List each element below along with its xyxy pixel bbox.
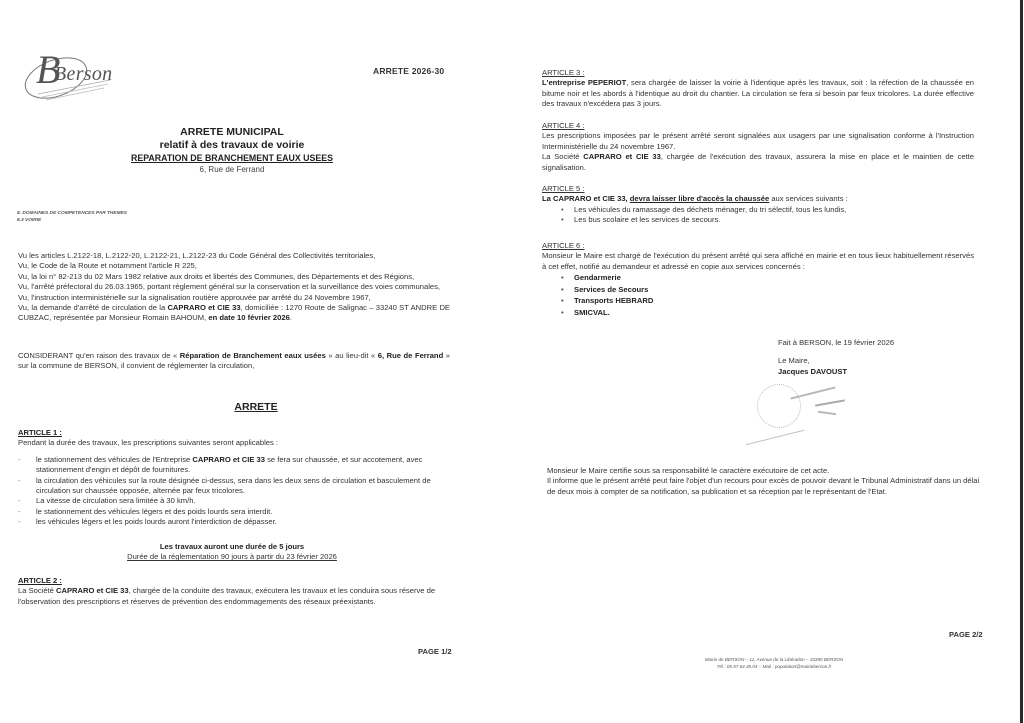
signer-role: Le Maire, [778,356,928,366]
article-4: ARTICLE 4 : Les prescriptions imposées p… [542,121,974,173]
article-3-text: L'entreprise PEPERIOT, sera chargée de l… [542,78,974,109]
list-item: les véhicules légers et les poids lourds… [18,517,456,527]
article-2-text: La Société CAPRARO et CIE 33, chargée de… [18,586,478,607]
signature-block: Fait à BERSON, le 19 février 2026 Le Mai… [778,338,928,377]
article-4-p2: La Société CAPRARO et CIE 33, chargée de… [542,152,974,173]
vu-line: Vu, l'instruction interministérielle sur… [18,293,450,303]
article-5: ARTICLE 5 : La CAPRARO et CIE 33, devra … [542,184,974,226]
article-5-text: La CAPRARO et CIE 33, devra laisser libr… [542,194,974,204]
arrete-heading: ARRETE [0,401,512,413]
list-item: SMICVAL. [542,307,974,319]
certification-line-2: Il informe que le présent arrêté peut fa… [547,476,987,497]
article-6: ARTICLE 6 : Monsieur le Maire est chargé… [542,241,974,318]
title-block: ARRETE MUNICIPAL relatif à des travaux d… [100,126,364,175]
footer-contact: Tél : 05.57.64.35.04 – Mail : population… [694,663,854,670]
article-1-intro: Pendant la durée des travaux, les prescr… [18,438,478,448]
page-1: B Berson ARRETE 2026-30 ARRETE MUNICIPAL… [0,0,512,723]
certification-line-1: Monsieur le Maire certifie sous sa respo… [547,466,987,476]
article-1-list: le stationnement des véhicules de l'Entr… [18,455,478,528]
article-2: ARTICLE 2 : La Société CAPRARO et CIE 33… [18,576,478,607]
article-3-heading: ARTICLE 3 : [542,68,974,78]
vu-line: Vu, la loi n° 82-213 du 02 Mars 1982 rel… [18,272,450,282]
domain-line-1: 8. DOMAINES DE COMPETENCES PAR THEMES [17,210,127,217]
considerant: CONSIDERANT qu'en raison des travaux de … [18,351,450,372]
article-6-list: Gendarmerie Services de Secours Transpor… [542,272,974,318]
vu-line: Vu, la demande d'arrêté de circulation d… [18,303,450,324]
article-5-heading: ARTICLE 5 : [542,184,974,194]
vu-line: Vu, le Code de la Route et notamment l'a… [18,261,450,271]
list-item: Services de Secours [542,284,974,296]
article-4-p1: Les prescriptions imposées par le présen… [542,131,974,152]
list-item: le stationnement des véhicules légers et… [18,507,456,517]
vu-section: Vu les articles L.2122-18, L.2122-20, L.… [18,251,450,324]
mairie-footer: Mairie de BERSON – 11, Avenue de la Libé… [694,656,854,670]
signer-name: Jacques DAVOUST [778,367,928,377]
article-5-list: Les véhicules du ramassage des déchets m… [542,205,974,226]
list-item: Transports HEBRARD [542,295,974,307]
list-item: la circulation des véhicules sur la rout… [18,476,456,497]
article-1-heading: ARTICLE 1 : [18,428,478,438]
berson-logo: B Berson [18,50,118,105]
certification: Monsieur le Maire certifie sous sa respo… [547,466,987,497]
logo-text: Berson [54,63,112,86]
domain-line-2: 8.3 VOIRIE [17,217,127,224]
title-address: 6, Rue de Ferrand [100,164,364,175]
article-6-text: Monsieur le Maire est chargé de l'exécut… [542,251,974,272]
article-6-heading: ARTICLE 6 : [542,241,974,251]
scan-edge-border [1020,0,1023,723]
duration-works: Les travaux auront une durée de 5 jours [100,542,364,552]
arrete-number: ARRETE 2026-30 [373,66,444,76]
duration: Les travaux auront une durée de 5 jours … [100,542,364,563]
article-4-heading: ARTICLE 4 : [542,121,974,131]
domain-classification: 8. DOMAINES DE COMPETENCES PAR THEMES 8.… [17,210,127,224]
list-item: Gendarmerie [542,272,974,284]
official-stamp-icon [757,384,801,428]
list-item: Les bus scolaire et les services de seco… [542,215,974,225]
vu-line: Vu les articles L.2122-18, L.2122-20, L.… [18,251,450,261]
page-number-1: PAGE 1/2 [418,647,452,656]
list-item: La vitesse de circulation sera limitée à… [18,496,456,506]
article-3: ARTICLE 3 : L'entreprise PEPERIOT, sera … [542,68,974,110]
list-item: le stationnement des véhicules de l'Entr… [18,455,456,476]
title-line-1: ARRETE MUNICIPAL [100,126,364,139]
duration-regulation: Durée de la réglementation 90 jours à pa… [100,552,364,562]
title-line-3: REPARATION DE BRANCHEMENT EAUX USEES [100,152,364,164]
title-line-2: relatif à des travaux de voirie [100,139,364,152]
place-date: Fait à BERSON, le 19 février 2026 [778,338,928,348]
list-item: Les véhicules du ramassage des déchets m… [542,205,974,215]
footer-address: Mairie de BERSON – 11, Avenue de la Libé… [694,656,854,663]
page-number-2: PAGE 2/2 [949,630,983,639]
vu-line: Vu, l'arrêté préfectoral du 26.03.1965, … [18,282,450,292]
article-2-heading: ARTICLE 2 : [18,576,478,586]
article-1: ARTICLE 1 : Pendant la durée des travaux… [18,428,478,528]
